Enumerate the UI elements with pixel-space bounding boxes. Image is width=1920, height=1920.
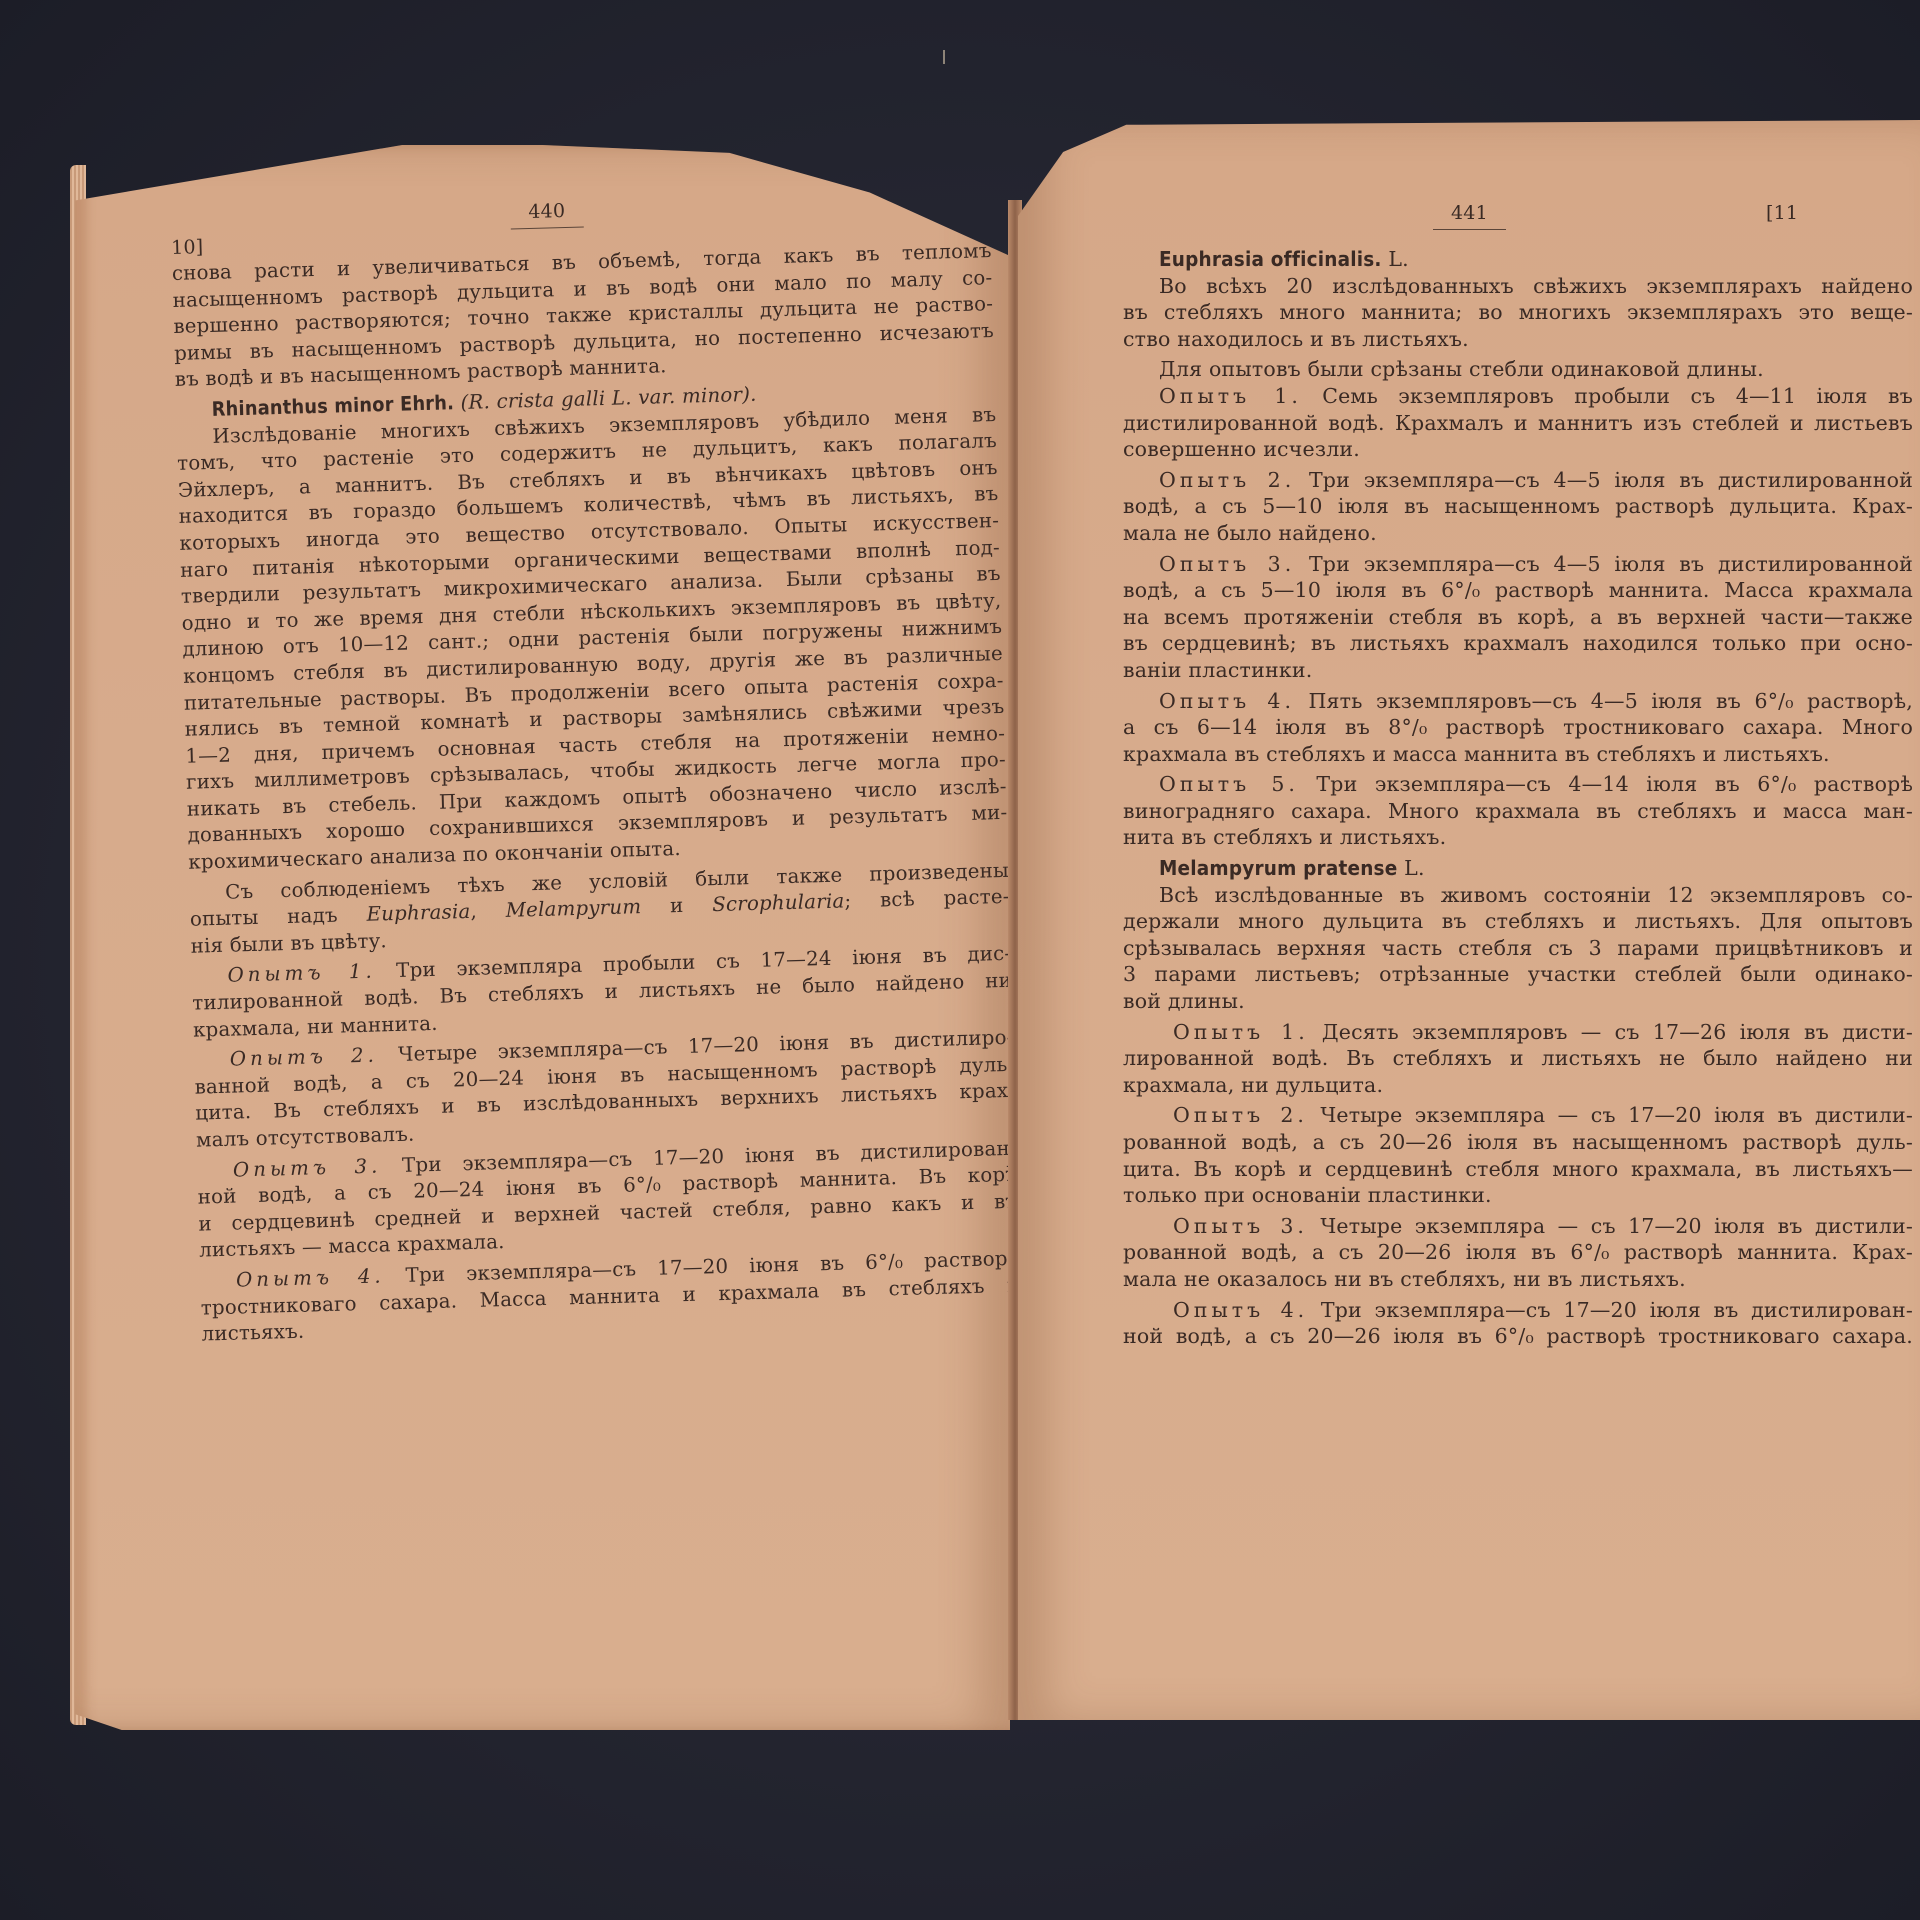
experiment-label: Опытъ 4.: [1159, 689, 1295, 713]
text-line: рованной водѣ, а съ 20—26 іюля въ насыще…: [1123, 1129, 1913, 1156]
melampyrum-experiment-2: Опытъ 2. Четыре экземпляра — съ 17—20 ію…: [1123, 1102, 1913, 1208]
experiment-label: Опытъ 3.: [1159, 552, 1295, 576]
experiment-label: Опытъ 2.: [230, 1044, 379, 1071]
experiment-label: Опытъ 3.: [233, 1154, 382, 1181]
text-line: Опытъ 2. Три экземпляра—съ 4—5 іюля въ д…: [1123, 467, 1913, 494]
text-line: лированной водѣ. Въ стебляхъ и листьяхъ …: [1123, 1045, 1913, 1072]
text-line: а съ 6—14 іюля въ 8°/₀ растворѣ тростник…: [1123, 714, 1913, 741]
text-line: ство находилось и въ листьяхъ.: [1123, 326, 1913, 353]
text-fragment: Десять экземпляровъ — съ 17—26 іюля въ д…: [1322, 1020, 1913, 1044]
experiment-label: Опытъ 5.: [1159, 772, 1299, 796]
species-name: Euphrasia officinalis.: [1159, 247, 1382, 271]
genus-name: Melampyrum: [505, 895, 641, 922]
text-line: Опытъ 4. Три экземпляра—съ 17—20 іюля въ…: [1123, 1297, 1913, 1324]
text-line: Опытъ 3. Четыре экземпляра — съ 17—20 ію…: [1123, 1213, 1913, 1240]
genus-name: Euphrasia: [366, 900, 471, 926]
species-author: L.: [1404, 856, 1425, 880]
text-fragment: Пять экземпляровъ—съ 4—5 іюля въ 6°/₀ ра…: [1308, 689, 1913, 713]
text-fragment: Три экземпляра—съ 17—20 іюля въ дистилир…: [1321, 1298, 1913, 1322]
text-line: цита. Въ корѣ и сердцевинѣ стебля много …: [1123, 1156, 1913, 1183]
experiment-label: Опытъ 2.: [1173, 1103, 1308, 1127]
text-line: водѣ, а съ 5—10 іюля въ 6°/₀ растворѣ ма…: [1123, 577, 1913, 604]
text-line: виноградняго сахара. Много крахмала въ с…: [1123, 798, 1913, 825]
text-line: держали много дульцита въ стебляхъ и лис…: [1123, 908, 1913, 935]
experiment-3: Опытъ 3. Три экземпляра—съ 17—20 іюня въ…: [197, 1135, 1020, 1264]
text-line: ваніи пластинки.: [1123, 657, 1913, 684]
experiment-label: Опытъ 4.: [236, 1264, 385, 1291]
text-fragment: опыты надъ: [190, 904, 338, 931]
melampyrum-experiment-3: Опытъ 3. Четыре экземпляра — съ 17—20 ію…: [1123, 1213, 1913, 1293]
euphrasia-intro: Во всѣхъ 20 изслѣдованныхъ свѣжихъ экзем…: [1123, 273, 1913, 353]
text-line: Опытъ 5. Три экземпляра—съ 4—14 іюля въ …: [1123, 771, 1913, 798]
text-line: мала не оказалось ни въ стебляхъ, ни въ …: [1123, 1266, 1913, 1293]
text-line: дистилированной водѣ. Крахмалъ и маннитъ…: [1123, 410, 1913, 437]
text-line: на всемъ протяженіи стебля въ корѣ, а въ…: [1123, 604, 1913, 631]
text-fragment: Четыре экземпляра — съ 17—20 іюля въ дис…: [1320, 1214, 1913, 1238]
rhinanthus-intro: Изслѣдованіе многихъ свѣжихъ экземпляров…: [176, 402, 1008, 877]
text-line: крахмала въ стебляхъ и масса маннита въ …: [1123, 741, 1913, 768]
euphrasia-experiment-2: Опытъ 2. Три экземпляра—съ 4—5 іюля въ д…: [1123, 467, 1913, 547]
text-line: 3 парами листьевъ; отрѣзанные участки ст…: [1123, 961, 1913, 988]
text-fragment: и: [670, 894, 684, 917]
text-fragment: Три экземпляра—съ 4—5 іюля въ дистилиров…: [1309, 468, 1913, 492]
text-line: рованной водѣ, а съ 20—26 іюля въ 6°/₀ р…: [1123, 1239, 1913, 1266]
text-line: Всѣ изслѣдованные въ живомъ состояніи 12…: [1123, 882, 1913, 909]
experiment-label: Опытъ 1.: [1173, 1020, 1309, 1044]
genus-name: Scrophularia: [712, 890, 845, 917]
text-fragment: Семь экземпляровъ пробыли съ 4—11 іюля в…: [1322, 384, 1913, 408]
text-line: срѣзывалась верхняя часть стебля съ 3 па…: [1123, 935, 1913, 962]
text-line: Опытъ 4. Пять экземпляровъ—съ 4—5 іюля в…: [1123, 688, 1913, 715]
right-page-header: 441 [11: [1123, 190, 1913, 246]
right-page-text: 441 [11 Euphrasia officinalis. L. Во всѣ…: [1123, 240, 1913, 1354]
text-line: въ сердцевинѣ; въ листьяхъ крахмалъ нахо…: [1123, 630, 1913, 657]
experiment-label: Опытъ 3.: [1173, 1214, 1308, 1238]
text-line: Для опытовъ были срѣзаны стебли одинаков…: [1123, 356, 1913, 383]
text-fragment: Четыре экземпляра — съ 17—20 іюля въ дис…: [1320, 1103, 1913, 1127]
right-page: 441 [11 Euphrasia officinalis. L. Во всѣ…: [1018, 120, 1920, 1720]
section-mark: 10]: [171, 234, 204, 261]
text-fragment: Три экземпляра—съ 4—5 іюля въ дистилиров…: [1309, 552, 1913, 576]
species-heading-euphrasia: Euphrasia officinalis. L.: [1123, 246, 1913, 273]
text-line: Опытъ 2. Четыре экземпляра — съ 17—20 ію…: [1123, 1102, 1913, 1129]
text-line: Опытъ 3. Три экземпляра—съ 4—5 іюля въ д…: [1123, 551, 1913, 578]
text-line: нита въ стебляхъ и листьяхъ.: [1123, 824, 1913, 851]
experiment-label: Опытъ 2.: [1159, 468, 1295, 492]
section-mark: [11: [1766, 200, 1798, 227]
experiment-label: Опытъ 1.: [1159, 384, 1302, 408]
continuation-paragraph: снова расти и увеличиваться въ объемѣ, т…: [172, 238, 995, 394]
text-line: водѣ, а съ 5—10 іюля въ насыщенномъ раст…: [1123, 493, 1913, 520]
species-heading-melampyrum: Melampyrum pratense L.: [1123, 855, 1913, 882]
text-line: мала не было найдено.: [1123, 520, 1913, 547]
species-author: L.: [1388, 247, 1409, 271]
text-line: ной водѣ, а съ 20—26 іюля въ 6°/₀ раство…: [1123, 1323, 1913, 1350]
page-number: 441: [1433, 200, 1506, 230]
left-page: 10] 440 снова расти и увеличиваться въ о…: [75, 145, 1010, 1730]
text-line: Опытъ 1. Семь экземпляровъ пробыли съ 4—…: [1123, 383, 1913, 410]
text-line: Опытъ 1. Десять экземпляровъ — съ 17—26 …: [1123, 1019, 1913, 1046]
page-number: 440: [510, 197, 584, 229]
dust-speck: [943, 50, 945, 64]
melampyrum-intro: Всѣ изслѣдованные въ живомъ состояніи 12…: [1123, 882, 1913, 1015]
melampyrum-experiment-1: Опытъ 1. Десять экземпляровъ — съ 17—26 …: [1123, 1019, 1913, 1099]
text-line: вой длины.: [1123, 988, 1913, 1015]
euphrasia-experiment-1: Опытъ 1. Семь экземпляровъ пробыли съ 4—…: [1123, 383, 1913, 463]
text-fragment: Три экземпляра—съ 4—14 іюля въ 6°/₀ раст…: [1316, 772, 1913, 796]
euphrasia-experiment-4: Опытъ 4. Пять экземпляровъ—съ 4—5 іюля в…: [1123, 688, 1913, 768]
text-line: Во всѣхъ 20 изслѣдованныхъ свѣжихъ экзем…: [1123, 273, 1913, 300]
euphrasia-experiment-5: Опытъ 5. Три экземпляра—съ 4—14 іюля въ …: [1123, 771, 1913, 851]
left-page-text: 10] 440 снова расти и увеличиваться въ о…: [170, 182, 1022, 1352]
text-line: только при основаніи пластинки.: [1123, 1182, 1913, 1209]
species-name: Rhinanthus minor Ehrh.: [211, 391, 454, 421]
experiment-label: Опытъ 1.: [227, 960, 376, 987]
text-line: крахмала, ни дульцита.: [1123, 1072, 1913, 1099]
text-line: совершенно исчезли.: [1123, 436, 1913, 463]
melampyrum-experiment-4: Опытъ 4. Три экземпляра—съ 17—20 іюля въ…: [1123, 1297, 1913, 1350]
experiment-label: Опытъ 4.: [1173, 1298, 1308, 1322]
text-fragment: ; всѣ расте-: [844, 885, 1010, 913]
text-line: въ стебляхъ много маннита; во многихъ эк…: [1123, 299, 1913, 326]
euphrasia-experiment-3: Опытъ 3. Три экземпляра—съ 4—5 іюля въ д…: [1123, 551, 1913, 684]
species-name: Melampyrum pratense: [1159, 856, 1397, 880]
experiment-2: Опытъ 2. Четыре экземпляра—съ 17—20 іюня…: [194, 1025, 1017, 1154]
